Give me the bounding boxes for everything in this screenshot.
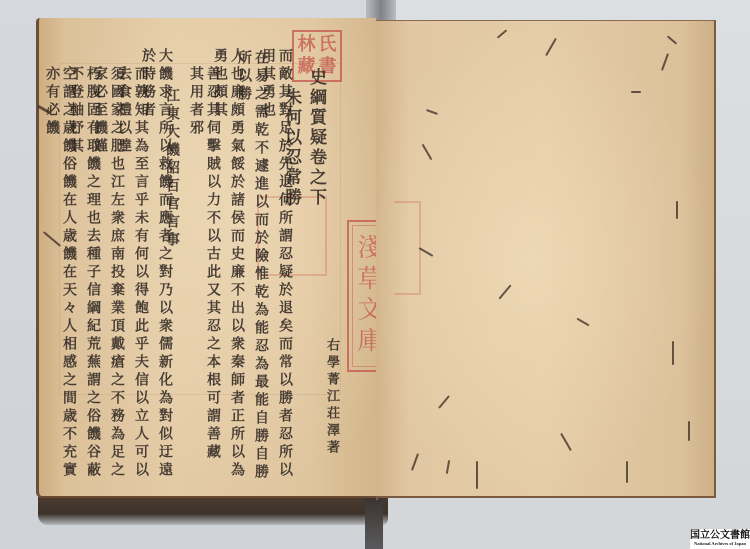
book-title: 史綱質疑卷之下 [307,68,324,208]
worm-damage [626,461,628,483]
worm-damage [498,284,511,299]
worm-damage [560,433,572,451]
book-edge-shadow [38,497,388,525]
worm-damage [438,395,450,409]
worm-damage [422,144,433,161]
worm-damage [676,201,678,219]
worm-damage [545,38,557,56]
watermark-subtitle: National Archives of Japan [690,541,750,547]
right-page [376,20,716,498]
text-column: 空謂之歳饑俗饑在人歳饑在天々人相感之間歳不充實亦有必饑 [43,66,77,486]
worm-damage [576,318,589,327]
worm-damage [497,29,507,38]
faded-seal-offset [394,201,421,295]
worm-damage [688,421,690,441]
seal-char: 林 [296,34,317,56]
worm-damage [661,53,669,71]
worm-damage [411,453,419,471]
text-column: 善忍其伺擊賊以力不以古此又其忍之本根可謂善藏其用者邪 [187,66,221,466]
worm-damage [667,35,677,44]
worm-damage [446,460,450,474]
binding-shadow-bottom [365,497,383,549]
worm-damage [426,109,438,115]
worm-damage [631,91,641,93]
left-page: 林 氏 藏 書 淺草文庫 史綱質疑卷之下 朱何以忍常勝 而敵其對足於先退何所謂忍… [36,18,376,498]
author-line: 右學菁江荘澤著 [323,338,340,457]
national-archives-watermark: 国立公文書館 National Archives of Japan [690,529,750,549]
watermark-title: 国立公文書館 [690,530,750,541]
worm-damage [476,461,478,489]
seal-char: 氏 [317,34,338,56]
worm-damage [672,341,674,365]
